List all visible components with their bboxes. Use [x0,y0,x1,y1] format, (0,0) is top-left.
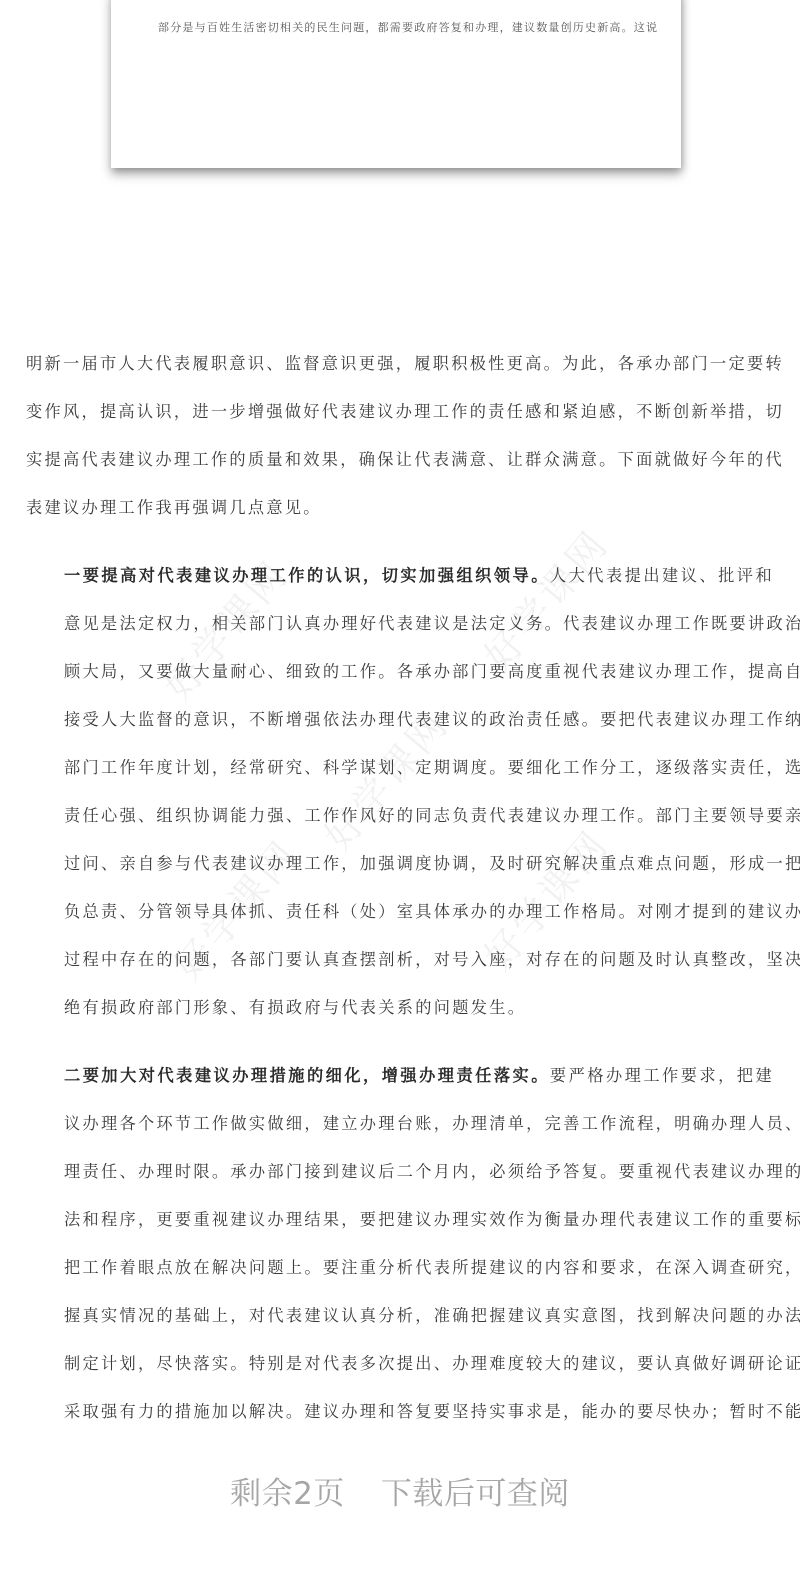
text-line: 制定计划，尽快落实。特别是对代表多次提出、办理难度较大的建议，要认真做好调研论证… [26,1340,774,1388]
section-2-first-line: 要严格办理工作要求，把建 [550,1066,774,1085]
text-line: 过程中存在的问题，各部门要认真查摆剖析，对号入座，对存在的问题及时认真整改，坚决… [26,936,774,984]
text-line: 采取强有力的措施加以解决。建议办理和答复要坚持实事求是，能办的要尽快办；暂时不能… [26,1388,774,1436]
section-1-paragraph: 一要提高对代表建议办理工作的认识，切实加强组织领导。人大代表提出建议、批评和 意… [26,552,774,1032]
download-hint-label: 下载后可查阅 [381,1476,570,1512]
text-line: 二要加大对代表建议办理措施的细化，增强办理责任落实。要严格办理工作要求，把建 [26,1052,774,1100]
text-line: 一要提高对代表建议办理工作的认识，切实加强组织领导。人大代表提出建议、批评和 [26,552,774,600]
text-line: 意见是法定权力，相关部门认真办理好代表建议是法定义务。代表建议办理工作既要讲政治… [26,600,774,648]
text-line: 议办理各个环节工作做实做细，建立办理台账，办理清单，完善工作流程，明确办理人员、… [26,1100,774,1148]
text-line: 顾大局，又要做大量耐心、细致的工作。各承办部门要高度重视代表建议办理工作，提高自… [26,648,774,696]
text-line: 责任心强、组织协调能力强、工作作风好的同志负责代表建议办理工作。部门主要领导要亲… [26,792,774,840]
section-2-paragraph: 二要加大对代表建议办理措施的细化，增强办理责任落实。要严格办理工作要求，把建 议… [26,1052,774,1436]
text-line: 实提高代表建议办理工作的质量和效果，确保让代表满意、让群众满意。下面就做好今年的… [26,436,774,484]
text-line: 表建议办理工作我再强调几点意见。 [26,484,774,532]
text-line: 部门工作年度计划，经常研究、科学谋划、定期调度。要细化工作分工，逐级落实责任，选… [26,744,774,792]
text-line: 握真实情况的基础上，对代表建议认真分析，准确把握建议真实意图，找到解决问题的办法… [26,1292,774,1340]
text-line: 理责任、办理时限。承办部门接到建议后二个月内，必须给予答复。要重视代表建议办理的… [26,1148,774,1196]
text-line: 把工作着眼点放在解决问题上。要注重分析代表所提建议的内容和要求，在深入调查研究，… [26,1244,774,1292]
text-line: 绝有损政府部门形象、有损政府与代表关系的问题发生。 [26,984,774,1032]
section-2-heading: 二要加大对代表建议办理措施的细化，增强办理责任落实。 [64,1066,550,1085]
text-line: 接受人大监督的意识，不断增强依法办理代表建议的政治责任感。要把代表建议办理工作纳… [26,696,774,744]
section-1-first-line: 人大代表提出建议、批评和 [550,566,774,585]
text-line: 过问、亲自参与代表建议办理工作，加强调度协调，及时研究解决重点难点问题，形成一把… [26,840,774,888]
text-line: 负总责、分管领导具体抓、责任科（处）室具体承办的办理工作格局。对刚才提到的建议办… [26,888,774,936]
intro-paragraph: 明新一届市人大代表履职意识、监督意识更强，履职积极性更高。为此，各承办部门一定要… [26,340,774,532]
text-line: 法和程序，更要重视建议办理结果，要把建议办理实效作为衡量办理代表建议工作的重要标… [26,1196,774,1244]
section-1-heading: 一要提高对代表建议办理工作的认识，切实加强组织领导。 [64,566,550,585]
text-line: 明新一届市人大代表履职意识、监督意识更强，履职积极性更高。为此，各承办部门一定要… [26,340,774,388]
download-prompt[interactable]: 剩余2页下载后可查阅 [0,1468,800,1513]
preview-text-line: 部分是与百姓生活密切相关的民生问题，都需要政府答复和办理，建议数量创历史新高。这… [158,19,658,35]
remaining-pages-label: 剩余2页 [230,1476,345,1512]
document-body: 明新一届市人大代表履职意识、监督意识更强，履职积极性更高。为此，各承办部门一定要… [26,340,774,1436]
previous-page-preview: 各承办部门领导高度重视，建议办理工作有序推进，今年建议总体数量较去年明显增加，大… [111,0,681,168]
text-line: 变作风，提高认识，进一步增强做好代表建议办理工作的责任感和紧迫感，不断创新举措，… [26,388,774,436]
